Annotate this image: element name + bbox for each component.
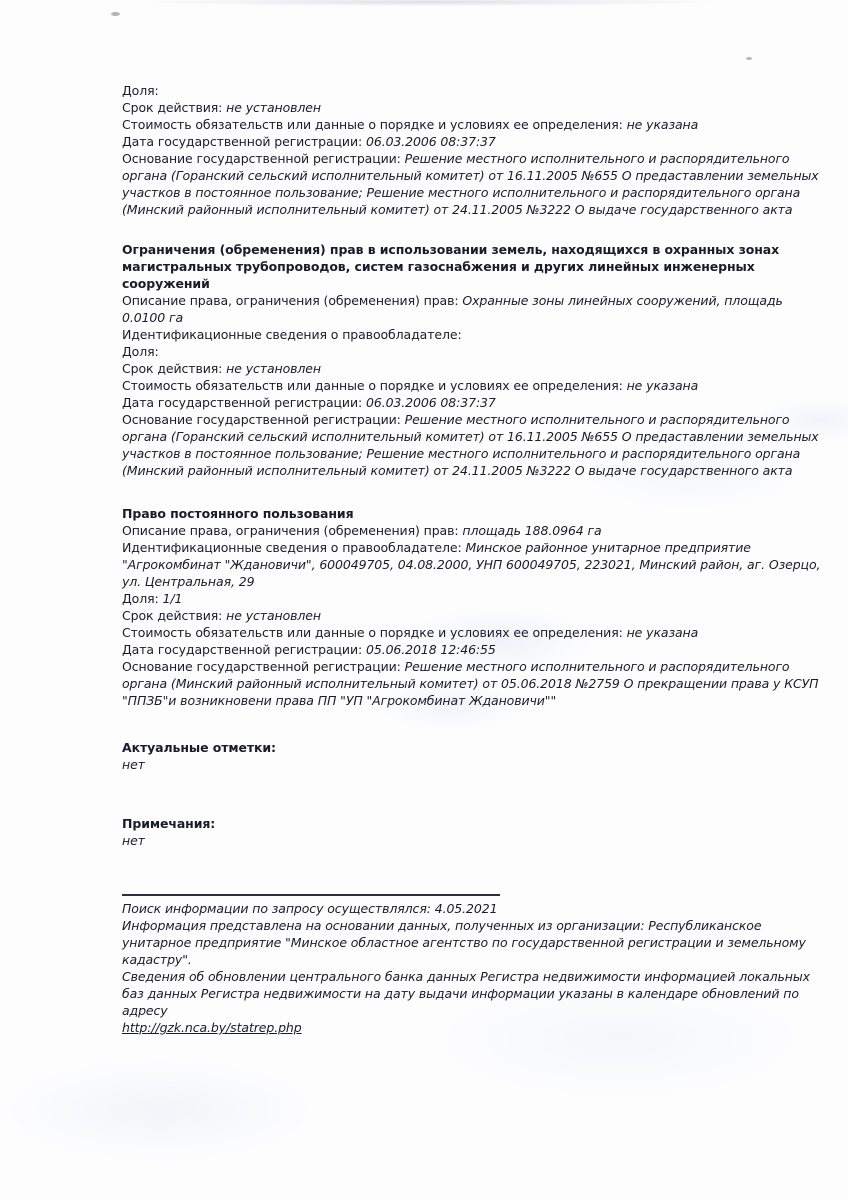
- footer-block: Поиск информации по запросу осуществлялс…: [122, 894, 822, 1036]
- field-label: Срок действия:: [122, 608, 222, 623]
- field-value: не установлен: [226, 608, 321, 623]
- field-line: нет: [122, 832, 822, 849]
- field-line: Дата государственной регистрации: 05.06.…: [122, 641, 822, 658]
- field-label: Срок действия:: [122, 100, 222, 115]
- field-line: Срок действия: не установлен: [122, 99, 822, 116]
- field-label: Стоимость обязательств или данные о поря…: [122, 117, 623, 132]
- statrep-url: http://gzk.nca.by/statrep.php: [122, 1019, 822, 1036]
- section-actual-marks: Актуальные отметки: нет: [122, 739, 822, 773]
- field-label: Дата государственной регистрации:: [122, 642, 362, 657]
- field-label: Описание права, ограничения (обременения…: [122, 293, 459, 308]
- document-content: Доля: Срок действия: не установлен Стоим…: [122, 82, 822, 1036]
- field-line: Доля:: [122, 82, 822, 99]
- field-label: Идентификационные сведения о правооблада…: [122, 327, 462, 342]
- field-value: 06.03.2006 08:37:37: [366, 395, 496, 410]
- field-label: Основание государственной регистрации:: [122, 659, 401, 674]
- field-value: нет: [122, 833, 145, 848]
- field-line: нет: [122, 756, 822, 773]
- field-value: не указана: [627, 117, 699, 132]
- separator-line: [122, 894, 500, 896]
- field-line: Стоимость обязательств или данные о поря…: [122, 377, 822, 394]
- field-line: Основание государственной регистрации: Р…: [122, 658, 822, 709]
- section-share-continuation: Доля: Срок действия: не установлен Стоим…: [122, 82, 822, 218]
- field-line: Доля:: [122, 343, 822, 360]
- field-line: Описание права, ограничения (обременения…: [122, 522, 822, 539]
- field-line: Основание государственной регистрации: Р…: [122, 150, 822, 218]
- field-value: 1/1: [163, 591, 183, 606]
- field-label: Доля:: [122, 83, 159, 98]
- field-label: Дата государственной регистрации:: [122, 395, 362, 410]
- scan-artifact: [746, 57, 752, 60]
- field-line: Основание государственной регистрации: Р…: [122, 411, 822, 479]
- field-line: Срок действия: не установлен: [122, 360, 822, 377]
- field-label: Срок действия:: [122, 361, 222, 376]
- footer-search-line: Поиск информации по запросу осуществлялс…: [122, 900, 822, 917]
- field-label: Стоимость обязательств или данные о поря…: [122, 378, 623, 393]
- field-line: Стоимость обязательств или данные о поря…: [122, 624, 822, 641]
- field-line: Описание права, ограничения (обременения…: [122, 292, 822, 326]
- footer-source-line: Информация представлена на основании дан…: [122, 917, 822, 968]
- field-value: 06.03.2006 08:37:37: [366, 134, 496, 149]
- field-label: Идентификационные сведения о правооблада…: [122, 540, 462, 555]
- section-heading: Актуальные отметки:: [122, 739, 822, 756]
- field-label: Основание государственной регистрации:: [122, 151, 401, 166]
- field-line: Стоимость обязательств или данные о поря…: [122, 116, 822, 133]
- field-line: Доля: 1/1: [122, 590, 822, 607]
- field-value: нет: [122, 757, 145, 772]
- footer-update-line: Сведения об обновлении центрального банк…: [122, 968, 822, 1019]
- field-line: Дата государственной регистрации: 06.03.…: [122, 133, 822, 150]
- field-label: Доля:: [122, 591, 159, 606]
- section-heading: Право постоянного пользования: [122, 505, 822, 522]
- field-label: Описание права, ограничения (обременения…: [122, 523, 459, 538]
- scan-artifact: [111, 12, 120, 16]
- section-permanent-use-right: Право постоянного пользования Описание п…: [122, 505, 822, 709]
- field-label: Доля:: [122, 344, 159, 359]
- field-line: Дата государственной регистрации: 06.03.…: [122, 394, 822, 411]
- field-line: Идентификационные сведения о правооблада…: [122, 326, 822, 343]
- section-restrictions: Ограничения (обременения) прав в использ…: [122, 241, 822, 479]
- field-value: не указана: [627, 378, 699, 393]
- field-label: Стоимость обязательств или данные о поря…: [122, 625, 623, 640]
- scanned-document-page: Доля: Срок действия: не установлен Стоим…: [0, 0, 848, 1200]
- field-label: Основание государственной регистрации:: [122, 412, 401, 427]
- field-line: Идентификационные сведения о правооблада…: [122, 539, 822, 590]
- section-heading: Примечания:: [122, 815, 822, 832]
- section-heading: Ограничения (обременения) прав в использ…: [122, 241, 822, 292]
- field-value: не указана: [627, 625, 699, 640]
- field-line: Срок действия: не установлен: [122, 607, 822, 624]
- field-value: не установлен: [226, 100, 321, 115]
- field-label: Дата государственной регистрации:: [122, 134, 362, 149]
- field-value: не установлен: [226, 361, 321, 376]
- field-value: площадь 188.0964 га: [462, 523, 601, 538]
- field-value: 05.06.2018 12:46:55: [366, 642, 496, 657]
- section-notes: Примечания: нет: [122, 815, 822, 849]
